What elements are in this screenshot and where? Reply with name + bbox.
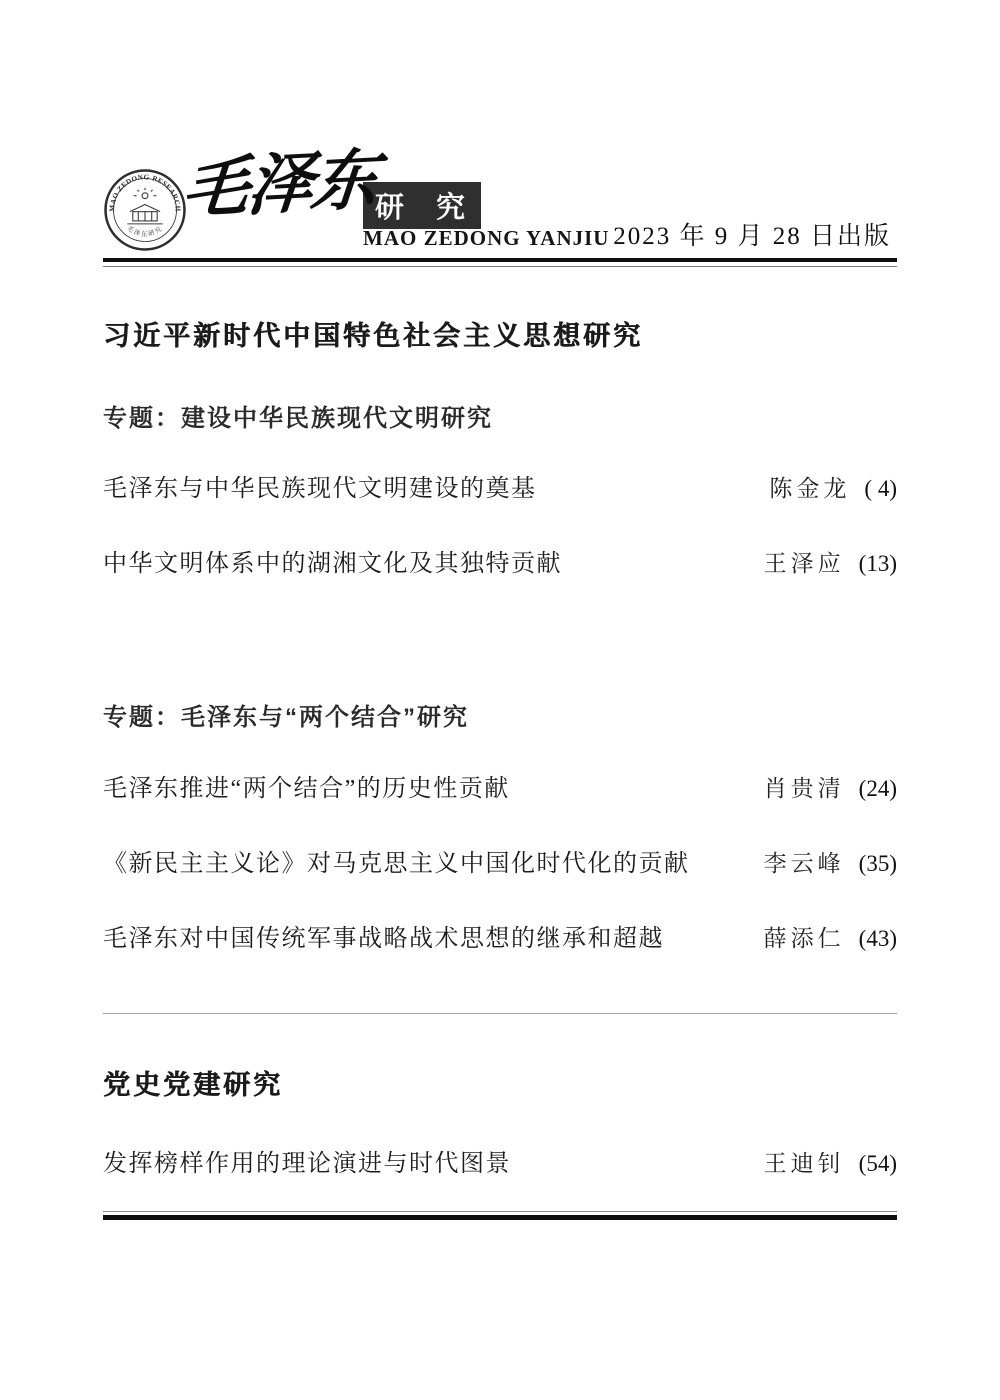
- article-title: 毛泽东与中华民族现代文明建设的奠基: [103, 468, 537, 503]
- byline: 王泽应 (13): [764, 545, 897, 578]
- byline: 薛添仁 (43): [764, 920, 897, 953]
- article-page-number: ( 4): [864, 476, 897, 502]
- article-author: 王泽应: [764, 545, 845, 578]
- byline: 陈金龙 ( 4): [769, 470, 897, 503]
- article-title: 毛泽东对中国传统军事战略战术思想的继承和超越: [103, 918, 664, 953]
- toc-entry: 毛泽东推进“两个结合”的历史性贡献 肖贵清 (24): [103, 768, 897, 803]
- double-rule-top: [103, 258, 897, 267]
- toc-entry: 发挥榜样作用的理论演进与时代图景 王迪钊 (54): [103, 1143, 897, 1178]
- masthead: MAO ZEDONG RESEARCH 毛泽东研究 毛泽东 研 究 MAO ZE…: [103, 164, 897, 260]
- topic-subheading-two-combines: 专题：毛泽东与“两个结合”研究: [103, 697, 897, 732]
- journal-title-latin: MAO ZEDONG YANJIU: [363, 226, 609, 251]
- toc-entry: 《新民主主义论》对马克思主义中国化时代化的贡献 李云峰 (35): [103, 843, 897, 878]
- byline: 肖贵清 (24): [764, 770, 897, 803]
- article-title: 《新民主主义论》对马克思主义中国化时代化的贡献: [103, 843, 690, 878]
- publish-date: 2023 年 9 月 28 日出版: [613, 216, 891, 252]
- article-title: 中华文明体系中的湖湘文化及其独特贡献: [103, 543, 562, 578]
- article-page-number: (35): [859, 851, 897, 877]
- article-title: 发挥榜样作用的理论演进与时代图景: [103, 1143, 511, 1178]
- section-heading-party-history: 党史党建研究: [103, 1063, 897, 1102]
- section-divider: [103, 1013, 897, 1014]
- article-author: 薛添仁: [764, 920, 845, 953]
- byline: 李云峰 (35): [764, 845, 897, 878]
- article-author: 李云峰: [764, 845, 845, 878]
- article-author: 陈金龙: [769, 470, 850, 503]
- article-page-number: (54): [859, 1151, 897, 1177]
- article-author: 王迪钊: [764, 1145, 845, 1178]
- double-rule-bottom: [103, 1211, 897, 1220]
- byline: 王迪钊 (54): [764, 1145, 897, 1178]
- section-heading-xi-thought: 习近平新时代中国特色社会主义思想研究: [103, 314, 897, 353]
- article-author: 肖贵清: [764, 770, 845, 803]
- article-page-number: (24): [859, 776, 897, 802]
- toc-entry: 中华文明体系中的湖湘文化及其独特贡献 王泽应 (13): [103, 543, 897, 578]
- journal-seal-icon: MAO ZEDONG RESEARCH 毛泽东研究: [103, 168, 187, 252]
- article-page-number: (43): [859, 926, 897, 952]
- topic-subheading-civilization: 专题：建设中华民族现代文明研究: [103, 398, 897, 433]
- toc-entry: 毛泽东对中国传统军事战略战术思想的继承和超越 薛添仁 (43): [103, 918, 897, 953]
- article-title: 毛泽东推进“两个结合”的历史性贡献: [103, 768, 510, 803]
- journal-title-box: 研 究: [363, 182, 481, 229]
- journal-title-calligraphy: 毛泽东: [179, 141, 379, 230]
- article-page-number: (13): [859, 551, 897, 577]
- toc-entry: 毛泽东与中华民族现代文明建设的奠基 陈金龙 ( 4): [103, 468, 897, 503]
